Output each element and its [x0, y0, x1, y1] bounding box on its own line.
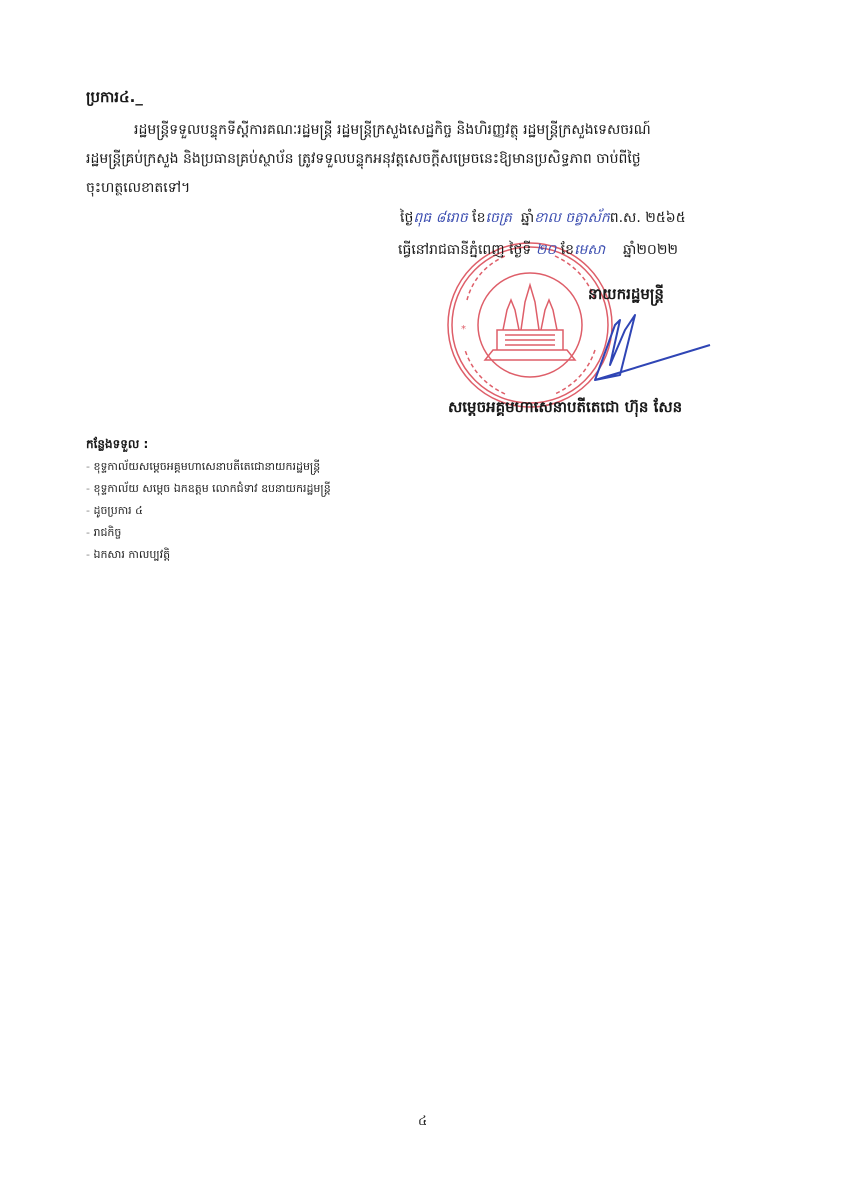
solar-date-prefix: ធ្វើនៅរាជធានីភ្នំពេញ ថ្ងៃទី	[398, 242, 531, 258]
cc-list: ខុទ្ទកាល័យសម្តេចអគ្គមហាសេនាបតីតេជោនាយករដ…	[86, 456, 331, 566]
cc-title: កន្លែងទទួល :	[86, 436, 148, 454]
solar-date-line: ធ្វើនៅរាជធានីភ្នំពេញ ថ្ងៃទី ២០ ខែមេសា ឆ្…	[398, 240, 678, 261]
body-line: ចុះហត្ថលេខាតទៅ។	[86, 174, 776, 203]
handwritten-signature-icon	[580, 305, 720, 395]
body-paragraph: រដ្ឋមន្ត្រីទទួលបន្ទុកទីស្តីការគណៈរដ្ឋមន្…	[86, 116, 776, 203]
solar-day: ២០	[536, 242, 557, 258]
solar-year: ឆ្នាំ២០២២	[623, 242, 678, 258]
buddhist-era: ព.ស. ២៥៦៥	[610, 210, 686, 226]
body-line: រដ្ឋមន្ត្រីគ្រប់ក្រសួង និងប្រធានគ្រប់ស្ថ…	[86, 145, 776, 174]
cc-item: ដូចប្រការ ៤	[86, 500, 331, 522]
body-line: រដ្ឋមន្ត្រីទទួលបន្ទុកទីស្តីការគណៈរដ្ឋមន្…	[86, 116, 776, 145]
lunar-month-prefix: ខែ	[472, 210, 485, 226]
lunar-weekday: ពុធ	[413, 210, 431, 226]
lunar-year-animal: ខាល	[534, 210, 561, 226]
lunar-month: ចេត្រ	[486, 210, 512, 226]
lunar-date-line: ថ្ងៃពុធ ៨រោច ខែចេត្រ ឆ្នាំខាល ចត្វាស័កព.…	[400, 208, 686, 229]
lunar-day-prefix: ថ្ងៃ	[400, 210, 413, 226]
solar-month-prefix: ខែ	[561, 242, 574, 258]
signatory-name: សម្តេចអគ្គមហាសេនាបតីតេជោ ហ៊ុន សែន	[448, 398, 682, 420]
article-heading: ប្រការ៤._	[86, 88, 143, 110]
lunar-year-prefix: ឆ្នាំ	[521, 210, 534, 226]
page-number: ៤	[418, 1113, 427, 1132]
cc-item: ខុទ្ទកាល័យ សម្តេច ឯកឧត្តម លោកជំទាវ ឧបនាយ…	[86, 478, 331, 500]
cc-item: ខុទ្ទកាល័យសម្តេចអគ្គមហាសេនាបតីតេជោនាយករដ…	[86, 456, 331, 478]
cc-item: រាជកិច្ច	[86, 522, 331, 544]
lunar-year-cycle: ចត្វាស័ក	[565, 210, 609, 226]
solar-month: មេសា	[574, 242, 605, 258]
cc-item: ឯកសារ កាលប្បវត្តិ	[86, 544, 331, 566]
signatory-title: នាយករដ្ឋមន្ត្រី	[588, 285, 664, 307]
lunar-day: ៨រោច	[436, 210, 468, 226]
svg-text:*: *	[461, 324, 466, 335]
